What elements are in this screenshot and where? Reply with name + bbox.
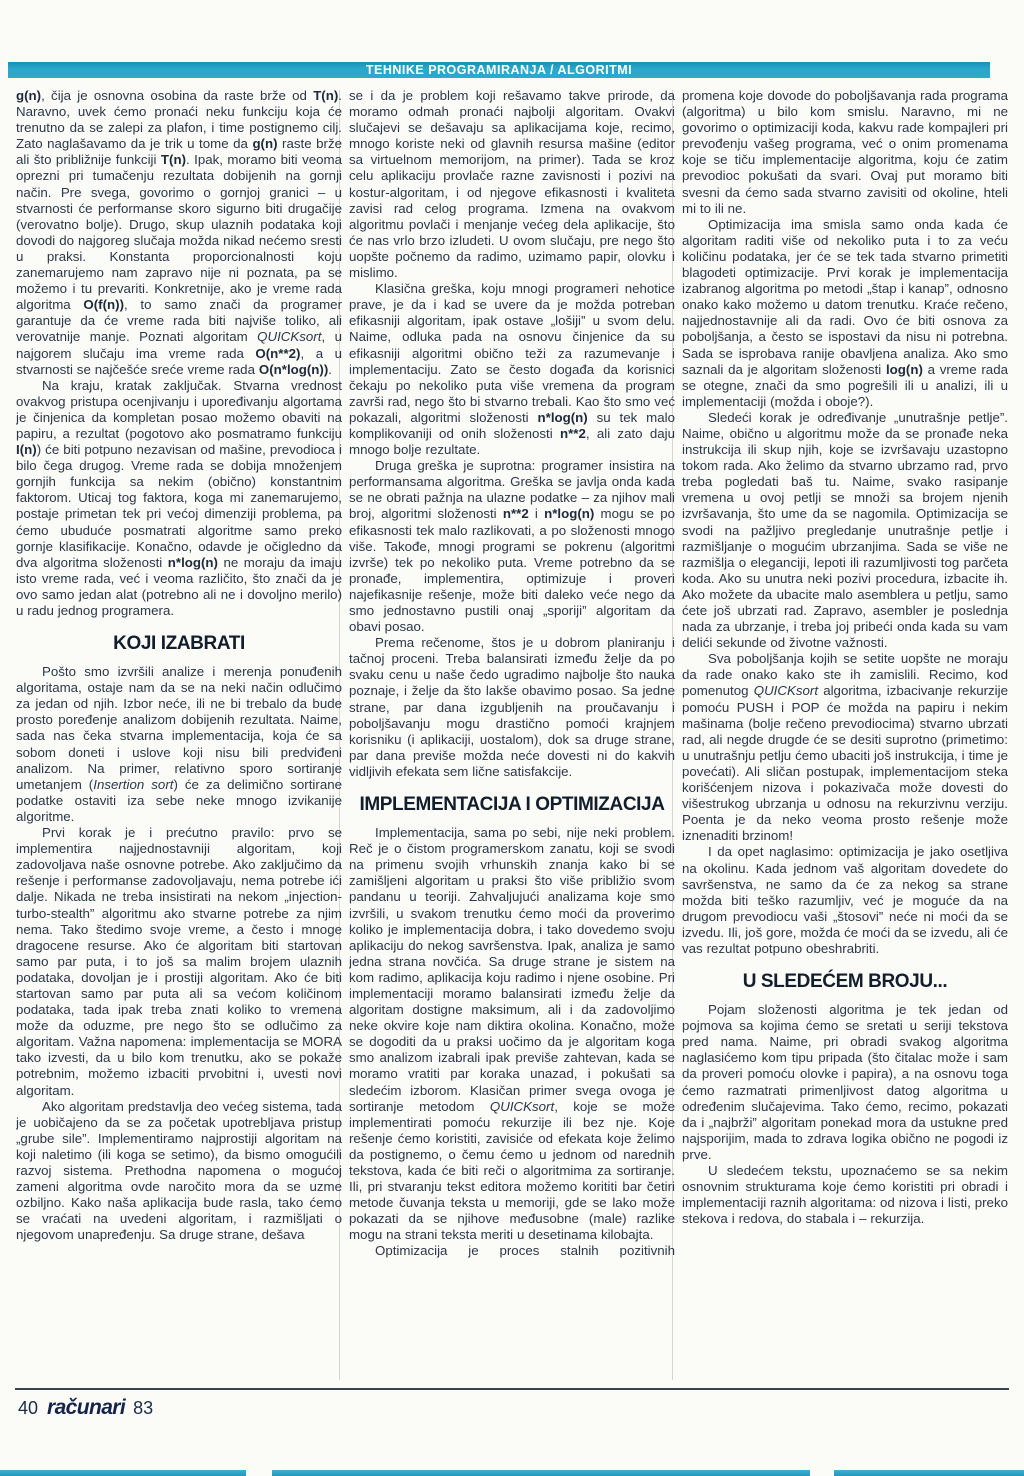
issue-number: 83	[133, 1398, 153, 1419]
paragraph: Prema rečenome, štos je u dobrom planira…	[349, 635, 675, 780]
paragraph: Optimizacija ima smisla samo onda kada ć…	[682, 217, 1008, 410]
paragraph: Ako algoritam predstavlja deo većeg sist…	[16, 1099, 342, 1244]
paragraph: U sledećem tekstu, upoznaćemo se sa neki…	[682, 1163, 1008, 1227]
paragraph: g(n), čija je osnovna osobina da raste b…	[16, 88, 342, 378]
paragraph: Pojam složenosti algoritma je tek jedan …	[682, 1002, 1008, 1163]
paragraph: se i da je problem koji rešavamo takve p…	[349, 88, 675, 281]
section-banner-title: TEHNIKE PROGRAMIRANJA / ALGORITMI	[366, 62, 632, 78]
paragraph: Druga greška je suprotna: programer insi…	[349, 458, 675, 635]
section-heading: KOJI IZABRATI	[16, 633, 342, 655]
article-body: g(n), čija je osnovna osobina da raste b…	[16, 88, 1008, 1384]
footer-rule	[15, 1388, 1009, 1390]
section-heading: IMPLEMENTACIJA I OPTIMIZACIJA	[349, 794, 675, 816]
paragraph: Implementacija, sama po sebi, nije neki …	[349, 825, 675, 1243]
paragraph: Pošto smo izvršili analize i merenja pon…	[16, 664, 342, 825]
paragraph: Optimizacija je proces stalnih pozitivni…	[349, 1243, 675, 1259]
paragraph: I da opet naglasimo: optimizacija je jak…	[682, 844, 1008, 957]
bottom-strip-segment	[272, 1470, 810, 1476]
page-footer: 40 računari 83	[18, 1396, 153, 1420]
paragraph: Klasična greška, koju mnogi programeri n…	[349, 281, 675, 458]
page-number: 40	[18, 1398, 38, 1419]
paragraph: Prvi korak je i prećutno pravilo: prvo s…	[16, 825, 342, 1099]
column-2: se i da je problem koji rešavamo takve p…	[349, 88, 675, 1384]
magazine-logo: računari	[47, 1396, 125, 1420]
section-heading: U SLEDEĆEM BROJU...	[682, 971, 1008, 993]
bottom-strip-segment	[834, 1470, 1024, 1476]
paragraph: Sledeći korak je određivanje „unutrašnje…	[682, 410, 1008, 651]
paragraph: Na kraju, kratak zaključak. Stvarna vred…	[16, 378, 342, 619]
paragraph: promena koje dovode do poboljšavanja rad…	[682, 88, 1008, 217]
bottom-strip-segment	[0, 1470, 246, 1476]
section-banner: TEHNIKE PROGRAMIRANJA / ALGORITMI	[8, 62, 990, 78]
magazine-page: TEHNIKE PROGRAMIRANJA / ALGORITMI g(n), …	[0, 0, 1024, 1476]
column-3: promena koje dovode do poboljšavanja rad…	[682, 88, 1008, 1384]
bottom-strip	[0, 1470, 1024, 1476]
column-1: g(n), čija je osnovna osobina da raste b…	[16, 88, 342, 1384]
paragraph: Sva poboljšanja kojih se setite uopšte n…	[682, 651, 1008, 844]
